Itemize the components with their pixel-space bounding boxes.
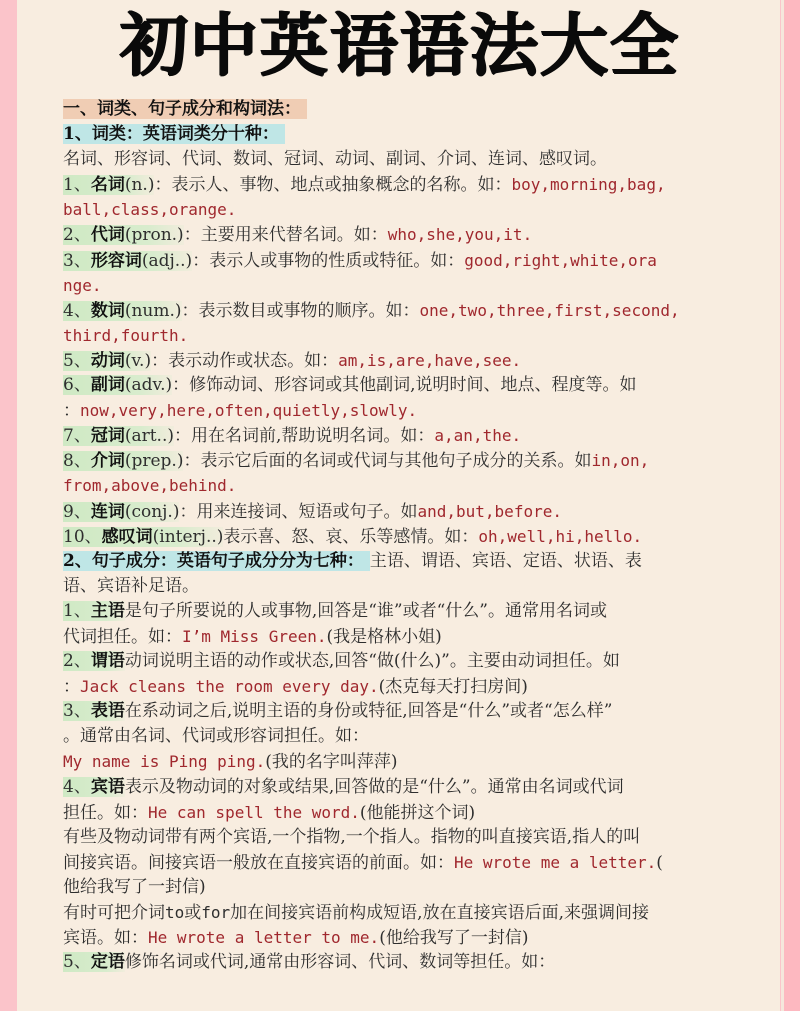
- word-class-item-numeral: 4、数词(num.)：表示数目或事物的顺序。如：one,two,three,fi…: [63, 298, 743, 323]
- section-heading: 一、词类、句子成分和构词法：: [63, 99, 307, 119]
- double-object-note: 有些及物动词带有两个宾语,一个指物,一个指人。指物的叫直接宾语,指人的叫: [63, 825, 743, 850]
- example-words: and,but,before.: [417, 502, 562, 521]
- example-words: nge.: [63, 276, 102, 295]
- example-sentence: He can spell the word.: [148, 803, 360, 822]
- example-words: now,very,here,often,quietly,slowly.: [80, 401, 417, 420]
- example-words: ball,class,orange.: [63, 200, 236, 219]
- example-words: one,two,three,first,second,: [420, 301, 680, 320]
- word-class-item-noun: 1、名词(n.)：表示人、事物、地点或抽象概念的名称。如：boy,morning…: [63, 172, 743, 197]
- word-class-item-conjunction: 9、连词(conj.)：用来连接词、短语或句子。如and,but,before.: [63, 499, 743, 524]
- page-edge-strip: [781, 0, 800, 1011]
- word-class-item-adverb: 6、副词(adv.)：修饰动词、形容词或其他副词,说明时间、地点、程度等。如: [63, 373, 743, 398]
- word-class-list: 名词、形容词、代词、数词、冠词、动词、副词、介词、连词、感叹词。: [63, 147, 743, 172]
- example-words: a,an,the.: [434, 426, 521, 445]
- example-words: boy,morning,bag,: [511, 175, 665, 194]
- example-words: who,she,you,it.: [388, 225, 533, 244]
- example-words: oh,well,hi,hello.: [478, 527, 642, 546]
- example-sentence: Jack cleans the room every day.: [80, 677, 379, 696]
- example-words: third,fourth.: [63, 326, 188, 345]
- subsection-heading-components: 2、句子成分：英语句子成分分为七种：: [63, 551, 370, 571]
- word-class-item-preposition: 8、介词(prep.)：表示它后面的名词或代词与其他句子成分的关系。如in,on…: [63, 448, 743, 473]
- subsection-sentence-components: 2、句子成分：英语句子成分分为七种：主语、谓语、宾语、定语、状语、表: [63, 549, 743, 574]
- example-words: from,above,behind.: [63, 476, 236, 495]
- component-object: 4、宾语表示及物动词的对象或结果,回答做的是“什么”。通常由名词或代词: [63, 775, 743, 800]
- example-words: good,right,white,ora: [464, 251, 657, 270]
- subsection-heading-word-classes: 1、词类：英语词类分十种：: [63, 124, 285, 144]
- example-words: in,on,: [591, 451, 649, 470]
- example-sentence: He wrote a letter to me.: [148, 928, 379, 947]
- word-class-item-verb: 5、动词(v.)：表示动作或状态。如：am,is,are,have,see.: [63, 348, 743, 373]
- word-class-item-adjective: 3、形容词(adj..)：表示人或事物的性质或特征。如：good,right,w…: [63, 248, 743, 273]
- word-class-item-pronoun: 2、代词(pron.)：主要用来代替名词。如：who,she,you,it.: [63, 222, 743, 247]
- example-sentence: My name is Ping ping.: [63, 752, 265, 771]
- example-words: am,is,are,have,see.: [338, 351, 521, 370]
- example-sentence: I’m Miss Green.: [182, 627, 327, 646]
- word-class-item-interjection: 10、感叹词(interj..)表示喜、怒、哀、乐等感情。如：oh,well,h…: [63, 524, 743, 549]
- page-title: 初中英语语法大全: [0, 4, 800, 90]
- component-predicate: 2、谓语动词说明主语的动作或状态,回答“做(什么)”。主要由动词担任。如: [63, 649, 743, 674]
- component-subject: 1、主语是句子所要说的人或事物,回答是“谁”或者“什么”。通常用名词或: [63, 599, 743, 624]
- grammar-content: 一、词类、句子成分和构词法： 1、词类：英语词类分十种： 名词、形容词、代词、数…: [63, 97, 743, 975]
- component-attributive: 5、定语修饰名词或代词,通常由形容词、代词、数词等担任。如：: [63, 950, 743, 975]
- word-class-item-article: 7、冠词(art..)：用在名词前,帮助说明名词。如：a,an,the.: [63, 423, 743, 448]
- component-predicative: 3、表语在系动词之后,说明主语的身份或特征,回答是“什么”或者“怎么样”: [63, 699, 743, 724]
- example-sentence: He wrote me a letter.: [454, 853, 656, 872]
